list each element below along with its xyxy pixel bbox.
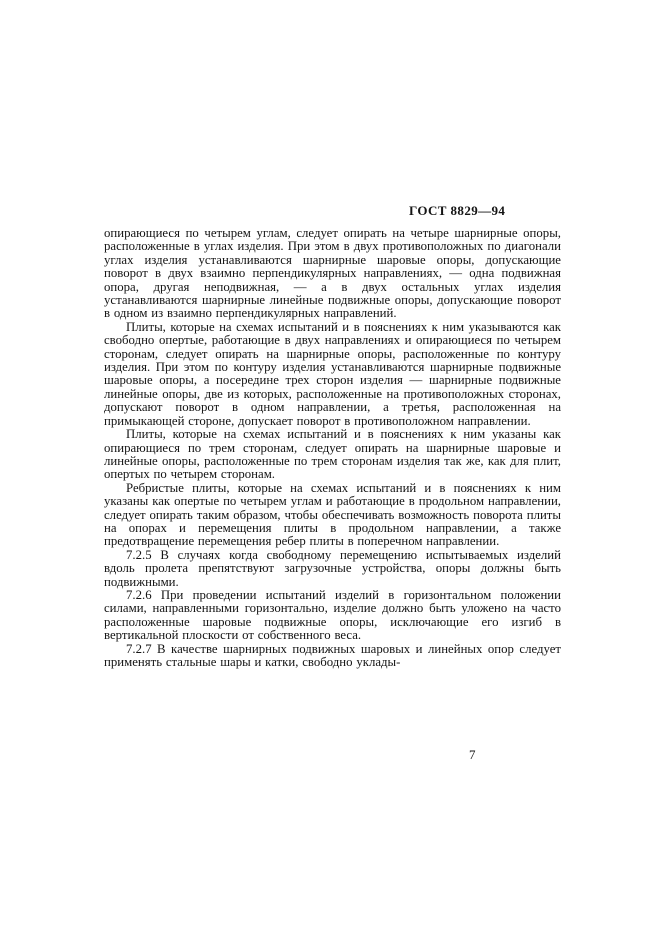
page-number: 7	[469, 747, 476, 763]
paragraph-continuation: опирающиеся по четырем углам, следует оп…	[104, 227, 561, 321]
document-page: ГОСТ 8829—94 опирающиеся по четырем угла…	[0, 0, 661, 935]
paragraph-clause-7-2-7: 7.2.7 В качестве шарнирных подвижных шар…	[104, 643, 561, 670]
paragraph-clause-7-2-6: 7.2.6 При проведении испытаний изделий в…	[104, 589, 561, 643]
paragraph-clause-7-2-5: 7.2.5 В случаях когда свободному перемещ…	[104, 549, 561, 589]
paragraph: Ребристые плиты, которые на схемах испыт…	[104, 482, 561, 549]
paragraph: Плиты, которые на схемах испытаний и в п…	[104, 321, 561, 428]
document-body: опирающиеся по четырем углам, следует оп…	[104, 227, 561, 669]
paragraph: Плиты, которые на схемах испытаний и в п…	[104, 428, 561, 482]
document-header: ГОСТ 8829—94	[409, 203, 505, 219]
